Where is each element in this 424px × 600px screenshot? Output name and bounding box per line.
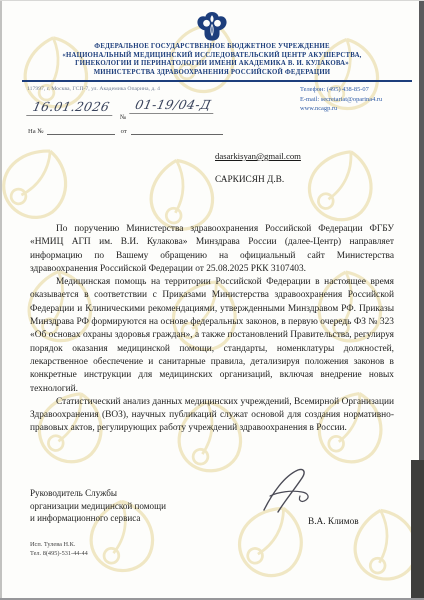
body-paragraph-1: По поручению Министерства здравоохранени… — [30, 223, 394, 276]
contact-phone: Телефон: (495) 438-85-07 — [300, 85, 382, 95]
recipient-name: САРКИСЯН Д.В. — [215, 175, 284, 185]
scan-edge-top — [0, 0, 424, 1]
scanned-letter-page: ФЕДЕРАЛЬНОЕ ГОСУДАРСТВЕННОЕ БЮДЖЕТНОЕ УЧ… — [0, 0, 424, 600]
on-number-label: На № — [28, 128, 44, 135]
contact-block: Телефон: (495) 438-85-07 E-mail: secreta… — [300, 85, 382, 114]
incoming-date-blank — [131, 127, 223, 135]
incoming-reference-line: На №от — [28, 127, 223, 135]
letter-body: По поручению Министерства здравоохранени… — [30, 223, 394, 436]
body-paragraph-3: Статистический анализ данных медицинских… — [30, 396, 394, 436]
header-divider — [22, 80, 412, 82]
executor-block: Исп. Тулева Н.К. Тел. 8(495)-531-44-44 — [30, 541, 88, 558]
recipient-email: dasarkisyan@gmail.com — [215, 151, 301, 161]
organization-name: ФЕДЕРАЛЬНОЕ ГОСУДАРСТВЕННОЕ БЮДЖЕТНОЕ УЧ… — [0, 43, 424, 78]
org-line-3: ГИНЕКОЛОГИИ И ПЕРИНАТОЛОГИИ ИМЕНИ АКАДЕМ… — [0, 60, 424, 69]
contact-website: www.ncagp.ru — [300, 104, 382, 114]
executor-name: Исп. Тулева Н.К. — [30, 541, 88, 550]
handwritten-date: 16.01.2026 — [26, 99, 116, 116]
postal-address: 117997, г. Москва, ГСП-7, ул. Академика … — [27, 86, 160, 92]
signer-position-line-3: и информационного сервиса — [30, 512, 166, 525]
handwritten-outgoing-number: 01-19/04-Д — [129, 97, 217, 114]
signer-name: В.А. Климов — [308, 517, 359, 527]
scan-edge-left — [0, 0, 2, 600]
org-line-1: ФЕДЕРАЛЬНОЕ ГОСУДАРСТВЕННОЕ БЮДЖЕТНОЕ УЧ… — [0, 43, 424, 52]
from-label: от — [121, 128, 127, 135]
number-sign-label: № — [120, 114, 126, 121]
org-line-4: МИНИСТЕРСТВА ЗДРАВООХРАНЕНИЯ РОССИЙСКОЙ … — [0, 69, 424, 78]
incoming-number-blank — [47, 127, 115, 135]
signer-position-line-2: организации медицинской помощи — [30, 500, 166, 513]
contact-email: E-mail: secretariat@oparina4.ru — [300, 95, 382, 105]
executor-phone: Тел. 8(495)-531-44-44 — [30, 550, 88, 559]
signer-position: Руководитель Службы организации медицинс… — [30, 487, 166, 525]
org-line-2: «НАЦИОНАЛЬНЫЙ МЕДИЦИНСКИЙ ИССЛЕДОВАТЕЛЬС… — [0, 52, 424, 61]
signer-position-line-1: Руководитель Службы — [30, 487, 166, 500]
letter-content: ФЕДЕРАЛЬНОЕ ГОСУДАРСТВЕННОЕ БЮДЖЕТНОЕ УЧ… — [0, 0, 424, 600]
body-paragraph-2: Медицинская помощь на территории Российс… — [30, 276, 394, 396]
scan-edge-right-bottom — [411, 460, 424, 600]
